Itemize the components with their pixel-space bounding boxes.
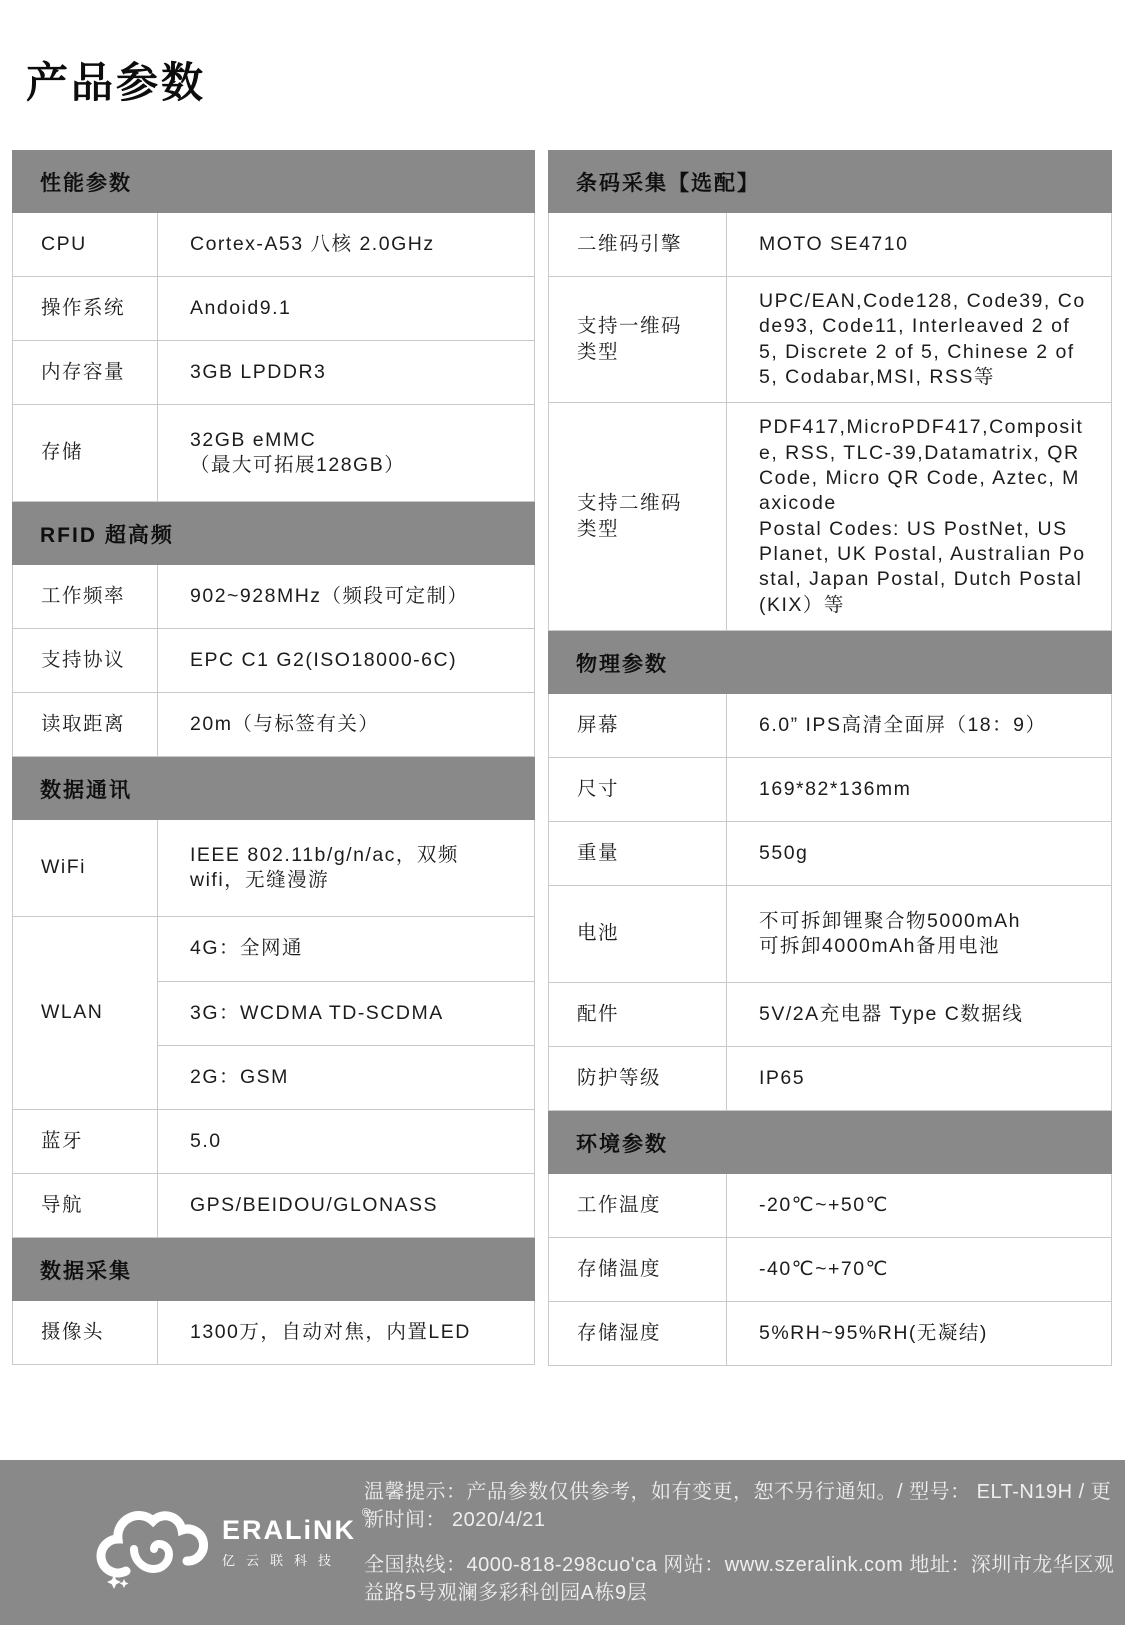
row-label: 导航 [13,1174,158,1237]
row-value: 4G：全网通3G：WCDMA TD-SCDMA2G：GSM [158,917,534,1109]
row-value: 169*82*136mm [727,758,1111,821]
section-header: 性能参数 [12,150,535,213]
table-row: 存储32GB eMMC （最大可拓展128GB） [12,405,535,502]
spec-section: 物理参数屏幕6.0” IPS高清全面屏（18：9）尺寸169*82*136mm重… [548,631,1112,1111]
row-value-text: 169*82*136mm [759,777,911,802]
row-label: 读取距离 [13,693,158,756]
row-label: 配件 [549,983,727,1046]
table-row: 内存容量3GB LPDDR3 [12,341,535,405]
table-row: 工作温度-20℃~+50℃ [548,1174,1112,1238]
spec-section: 环境参数工作温度-20℃~+50℃存储温度-40℃~+70℃存储湿度5%RH~9… [548,1111,1112,1366]
row-value-text: 550g [759,841,808,866]
row-value: 550g [727,822,1111,885]
table-row: 二维码引擎MOTO SE4710 [548,213,1112,277]
row-label: 工作温度 [549,1174,727,1237]
row-value-text: 20m（与标签有关） [190,712,379,737]
row-value-text: 5.0 [190,1129,222,1154]
table-row: 配件5V/2A充电器 Type C数据线 [548,983,1112,1047]
footer-info: 温馨提示：产品参数仅供参考，如有变更，恕不另行通知。/ 型号： ELT-N19H… [364,1478,1125,1607]
row-value: UPC/EAN,Code128, Code39, Code93, Code11,… [727,277,1111,402]
row-value-text: 3GB LPDDR3 [190,360,326,385]
row-value: 5%RH~95%RH(无凝结) [727,1302,1111,1365]
table-row: 防护等级IP65 [548,1047,1112,1111]
row-value-text: IP65 [759,1066,805,1091]
table-row: CPUCortex-A53 八核 2.0GHz [12,213,535,277]
company-logo: ERALiNK ® 亿云联科技 [92,1497,324,1589]
section-header: RFID 超高频 [12,502,535,565]
spec-columns: 性能参数CPUCortex-A53 八核 2.0GHz操作系统Andoid9.1… [12,150,1125,1366]
section-header: 数据采集 [12,1238,535,1301]
row-label: 存储湿度 [549,1302,727,1365]
row-value-text: 5%RH~95%RH(无凝结) [759,1321,988,1346]
registered-trademark-mark: ® [362,1507,370,1519]
row-value-text: IEEE 802.11b/g/n/ac，双频 wifi，无缝漫游 [190,843,459,894]
table-row: 支持二维码类型PDF417,MicroPDF417,Composite, RSS… [548,403,1112,631]
row-value-text: Cortex-A53 八核 2.0GHz [190,232,435,257]
cloud-spiral-logo-icon [92,1497,210,1589]
row-label: 屏幕 [549,694,727,757]
row-value: 902~928MHz（频段可定制） [158,565,534,628]
section-header-label: 物理参数 [576,648,668,678]
section-header-label: 数据采集 [40,1255,132,1285]
spec-section: 数据通讯WiFiIEEE 802.11b/g/n/ac，双频 wifi，无缝漫游… [12,757,535,1238]
table-row: 存储温度-40℃~+70℃ [548,1238,1112,1302]
footer-contact-line: 全国热线：4000-818-298cuo'ca 网站：www.szeralink… [364,1551,1125,1607]
page-title: 产品参数 [0,0,1125,110]
section-header-label: 性能参数 [40,167,132,197]
row-value-text: PDF417,MicroPDF417,Composite, RSS, TLC-3… [759,415,1087,618]
section-header-label: 环境参数 [576,1128,668,1158]
brand-name: ERALiNK [222,1517,356,1544]
row-label: 蓝牙 [13,1110,158,1173]
table-row: 重量550g [548,822,1112,886]
table-row: 支持一维码类型UPC/EAN,Code128, Code39, Code93, … [548,277,1112,403]
row-value-text: -20℃~+50℃ [759,1193,889,1218]
spec-sheet-page: 产品参数 性能参数CPUCortex-A53 八核 2.0GHz操作系统Ando… [0,0,1125,1625]
table-row: 电池不可拆卸锂聚合物5000mAh 可拆卸4000mAh备用电池 [548,886,1112,983]
table-row: 屏幕6.0” IPS高清全面屏（18：9） [548,694,1112,758]
row-value: 不可拆卸锂聚合物5000mAh 可拆卸4000mAh备用电池 [727,886,1111,982]
row-value: MOTO SE4710 [727,213,1111,276]
row-value: -40℃~+70℃ [727,1238,1111,1301]
row-value: GPS/BEIDOU/GLONASS [158,1174,534,1237]
left-column: 性能参数CPUCortex-A53 八核 2.0GHz操作系统Andoid9.1… [12,150,535,1365]
row-value: IEEE 802.11b/g/n/ac，双频 wifi，无缝漫游 [158,820,534,916]
row-label: 电池 [549,886,727,982]
row-value-text: 6.0” IPS高清全面屏（18：9） [759,713,1047,738]
row-value: IP65 [727,1047,1111,1110]
row-value-text: UPC/EAN,Code128, Code39, Code93, Code11,… [759,289,1087,390]
row-value: -20℃~+50℃ [727,1174,1111,1237]
row-label: 工作频率 [13,565,158,628]
section-header: 数据通讯 [12,757,535,820]
row-value: 6.0” IPS高清全面屏（18：9） [727,694,1111,757]
row-label: 支持一维码类型 [549,277,727,402]
row-sub-value: 2G：GSM [158,1045,534,1109]
table-row: 摄像头1300万，自动对焦，内置LED [12,1301,535,1365]
row-value-text: MOTO SE4710 [759,232,908,257]
section-header-label: RFID 超高频 [40,519,174,549]
row-value-text: 1300万，自动对焦，内置LED [190,1320,471,1345]
row-label: 防护等级 [549,1047,727,1110]
row-sub-value: 4G：全网通 [158,917,534,981]
row-value: 5V/2A充电器 Type C数据线 [727,983,1111,1046]
row-label: WLAN [13,917,158,1109]
section-header: 环境参数 [548,1111,1112,1174]
table-row: 读取距离20m（与标签有关） [12,693,535,757]
row-value-text: EPC C1 G2(ISO18000-6C) [190,648,457,673]
row-value-text: 32GB eMMC （最大可拓展128GB） [190,428,405,479]
footer-notice-line: 温馨提示：产品参数仅供参考，如有变更，恕不另行通知。/ 型号： ELT-N19H… [364,1478,1125,1534]
right-column: 条码采集【选配】二维码引擎MOTO SE4710支持一维码类型UPC/EAN,C… [548,150,1112,1366]
section-header: 条码采集【选配】 [548,150,1112,213]
row-value: PDF417,MicroPDF417,Composite, RSS, TLC-3… [727,403,1111,630]
row-label: 存储 [13,405,158,501]
footer-bar: ERALiNK ® 亿云联科技 温馨提示：产品参数仅供参考，如有变更，恕不另行通… [0,1460,1125,1625]
row-value: Andoid9.1 [158,277,534,340]
table-row: WiFiIEEE 802.11b/g/n/ac，双频 wifi，无缝漫游 [12,820,535,917]
logo-wordmark: ERALiNK ® 亿云联科技 [222,1517,370,1569]
spec-section: 性能参数CPUCortex-A53 八核 2.0GHz操作系统Andoid9.1… [12,150,535,502]
table-row: WLAN4G：全网通3G：WCDMA TD-SCDMA2G：GSM [12,917,535,1110]
row-label: WiFi [13,820,158,916]
section-header: 物理参数 [548,631,1112,694]
table-row: 蓝牙5.0 [12,1110,535,1174]
row-label: 支持协议 [13,629,158,692]
section-header-label: 数据通讯 [40,774,132,804]
row-value-text: 不可拆卸锂聚合物5000mAh 可拆卸4000mAh备用电池 [759,909,1021,960]
spec-section: 条码采集【选配】二维码引擎MOTO SE4710支持一维码类型UPC/EAN,C… [548,150,1112,631]
row-label: 内存容量 [13,341,158,404]
row-label: 尺寸 [549,758,727,821]
row-value: 20m（与标签有关） [158,693,534,756]
row-sub-value: 3G：WCDMA TD-SCDMA [158,981,534,1045]
row-value: Cortex-A53 八核 2.0GHz [158,213,534,276]
table-row: 尺寸169*82*136mm [548,758,1112,822]
row-value-text: GPS/BEIDOU/GLONASS [190,1193,438,1218]
row-label: 存储温度 [549,1238,727,1301]
row-value: 1300万，自动对焦，内置LED [158,1301,534,1364]
table-row: 存储湿度5%RH~95%RH(无凝结) [548,1302,1112,1366]
row-label: CPU [13,213,158,276]
row-label: 摄像头 [13,1301,158,1364]
row-value: EPC C1 G2(ISO18000-6C) [158,629,534,692]
row-value-text: -40℃~+70℃ [759,1257,889,1282]
row-value-text: 902~928MHz（频段可定制） [190,584,469,609]
row-value-text: 5V/2A充电器 Type C数据线 [759,1002,1023,1027]
row-value: 32GB eMMC （最大可拓展128GB） [158,405,534,501]
spec-section: RFID 超高频工作频率902~928MHz（频段可定制）支持协议EPC C1 … [12,502,535,757]
row-value-text: Andoid9.1 [190,296,291,321]
row-value: 5.0 [158,1110,534,1173]
section-header-label: 条码采集【选配】 [576,167,760,197]
row-value: 3GB LPDDR3 [158,341,534,404]
brand-tagline: 亿云联科技 [222,1550,356,1569]
table-row: 支持协议EPC C1 G2(ISO18000-6C) [12,629,535,693]
row-label: 操作系统 [13,277,158,340]
row-label: 二维码引擎 [549,213,727,276]
row-label: 支持二维码类型 [549,403,727,630]
spec-section: 数据采集摄像头1300万，自动对焦，内置LED [12,1238,535,1365]
table-row: 工作频率902~928MHz（频段可定制） [12,565,535,629]
table-row: 操作系统Andoid9.1 [12,277,535,341]
row-label: 重量 [549,822,727,885]
table-row: 导航GPS/BEIDOU/GLONASS [12,1174,535,1238]
